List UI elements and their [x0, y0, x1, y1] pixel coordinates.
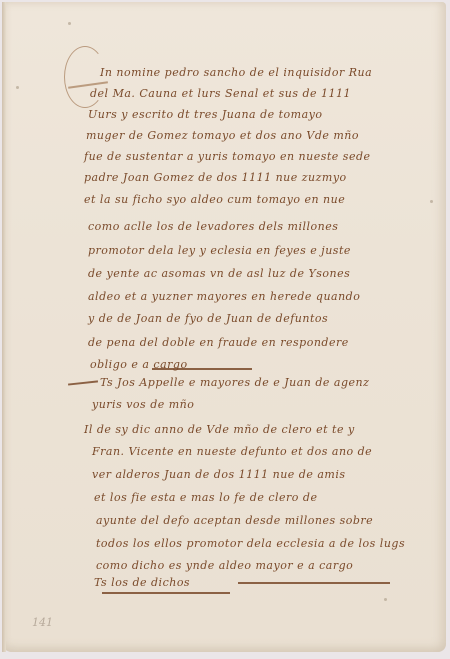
text-line: Il de sy dic anno de Vde mño de clero et…: [84, 423, 355, 436]
manuscript-text: In nomine pedro sancho de el inquisidor …: [2, 2, 446, 652]
paper-spot: [68, 22, 71, 25]
text-line: fue de sustentar a yuris tomayo en nuest…: [84, 150, 371, 163]
text-line: promotor dela ley y eclesia en feyes e j…: [88, 244, 351, 257]
text-line: muger de Gomez tomayo et dos ano Vde mño: [86, 129, 359, 142]
text-line: In nomine pedro sancho de el inquisidor …: [100, 66, 372, 79]
line-filler-stroke: [238, 582, 390, 584]
text-line: ver alderos Juan de dos 1111 nue de amis: [92, 468, 345, 481]
text-line: como dicho es ynde aldeo mayor e a cargo: [96, 559, 353, 572]
underline-stroke: [102, 592, 230, 594]
text-line: todos los ellos promotor dela ecclesia a…: [96, 537, 405, 550]
text-line: y de de Joan de fyo de Juan de defuntos: [88, 312, 328, 325]
text-line: Uurs y escrito dt tres Juana de tomayo: [88, 108, 323, 121]
paper-spot: [384, 598, 387, 601]
line-filler-stroke: [152, 368, 252, 370]
text-line: de pena del doble en fraude en responder…: [88, 336, 349, 349]
text-line: Ts los de dichos: [94, 576, 190, 589]
text-line: de yente ac asomas vn de asl luz de Yson…: [88, 267, 350, 280]
text-line: del Ma. Cauna et lurs Senal et sus de 11…: [90, 87, 351, 100]
text-line: como aclle los de levadores dels millone…: [88, 220, 338, 233]
text-line: et la su ficho syo aldeo cum tomayo en n…: [84, 193, 345, 206]
paper-spot: [430, 200, 433, 203]
text-line: Fran. Vicente en nueste defunto et dos a…: [92, 445, 372, 458]
text-line: ayunte del defo aceptan desde millones s…: [96, 514, 373, 527]
text-line: et los fie esta e mas lo fe de clero de: [94, 491, 317, 504]
text-line: padre Joan Gomez de dos 1111 nue zuzmyo: [84, 171, 347, 184]
folio-number: 141: [32, 616, 53, 629]
text-line: yuris vos de mño: [92, 398, 194, 411]
manuscript-page: In nomine pedro sancho de el inquisidor …: [2, 2, 446, 652]
paper-spot: [16, 86, 19, 89]
text-line: aldeo et a yuzner mayores en herede quan…: [88, 290, 360, 303]
text-line: Ts Jos Appelle e mayores de e Juan de ag…: [100, 376, 369, 389]
